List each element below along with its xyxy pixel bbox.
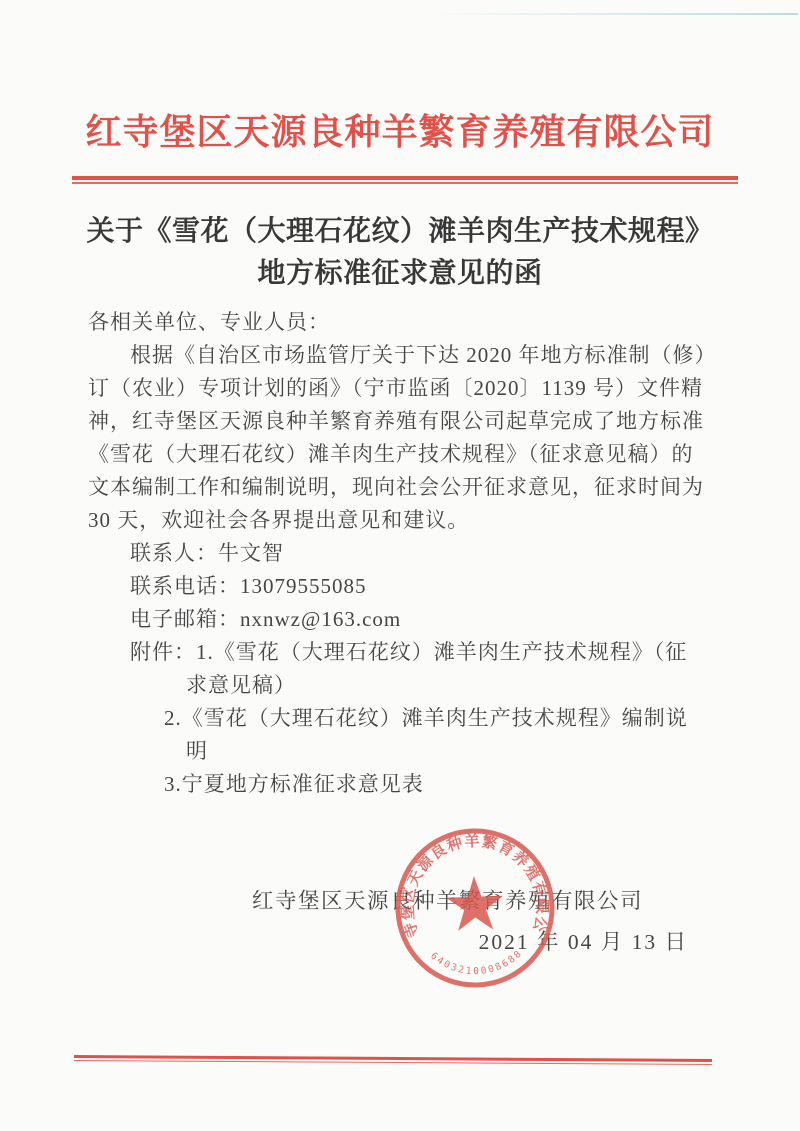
company-seal-stamp: 红寺堡区天源良种羊繁育养殖有限公司 6403210008688	[386, 819, 564, 997]
scan-artifact-line	[430, 13, 798, 15]
attachment-line: 附件：1.《雪花（大理石花纹）滩羊肉生产技术规程》（征	[88, 636, 714, 669]
letterhead-company-name: 红寺堡区天源良种羊繁育养殖有限公司	[0, 104, 800, 155]
body-line: 订（农业）专项计划的函》（宁市监函〔2020〕1139 号）文件精	[88, 372, 714, 405]
seal-group: 红寺堡区天源良种羊繁育养殖有限公司 6403210008688	[386, 819, 555, 988]
footer-double-rule	[74, 1055, 712, 1065]
attachment-line: 明	[88, 735, 714, 768]
letterhead-double-rule	[72, 176, 738, 184]
attachment-line: 2.《雪花（大理石花纹）滩羊肉生产技术规程》编制说	[88, 702, 714, 735]
seal-arc-text: 红寺堡区天源良种羊繁育养殖有限公司	[386, 819, 552, 941]
body-line: 文本编制工作和编制说明，现向社会公开征求意见，征求时间为	[88, 471, 714, 504]
body-line: 30 天，欢迎社会各界提出意见和建议。	[88, 504, 714, 537]
scanned-letter-page: 红寺堡区天源良种羊繁育养殖有限公司 关于《雪花（大理石花纹）滩羊肉生产技术规程》…	[0, 0, 800, 1131]
document-title-line2: 地方标准征求意见的函	[0, 253, 800, 295]
rule-thin	[72, 182, 738, 184]
body-line: 根据《自治区市场监管厅关于下达 2020 年地方标准制（修）	[88, 339, 714, 372]
body-line: 《雪花（大理石花纹）滩羊肉生产技术规程》（征求意见稿）的	[88, 438, 714, 471]
attachment-line: 求意见稿）	[88, 669, 714, 702]
document-title: 关于《雪花（大理石花纹）滩羊肉生产技术规程》 地方标准征求意见的函	[0, 211, 800, 295]
contact-person-line: 联系人：牛文智	[88, 537, 714, 570]
contact-phone-line: 联系电话：13079555085	[88, 570, 714, 603]
letter-body: 各相关单位、专业人员： 根据《自治区市场监管厅关于下达 2020 年地方标准制（…	[88, 306, 714, 801]
salutation: 各相关单位、专业人员：	[88, 306, 714, 339]
contact-email-line: 电子邮箱：nxnwz@163.com	[88, 603, 714, 636]
seal-star-icon	[445, 875, 504, 931]
document-title-line1: 关于《雪花（大理石花纹）滩羊肉生产技术规程》	[0, 211, 800, 253]
body-line: 神，红寺堡区天源良种羊繁育养殖有限公司起草完成了地方标准	[88, 405, 714, 438]
attachment-line: 3.宁夏地方标准征求意见表	[88, 768, 714, 801]
